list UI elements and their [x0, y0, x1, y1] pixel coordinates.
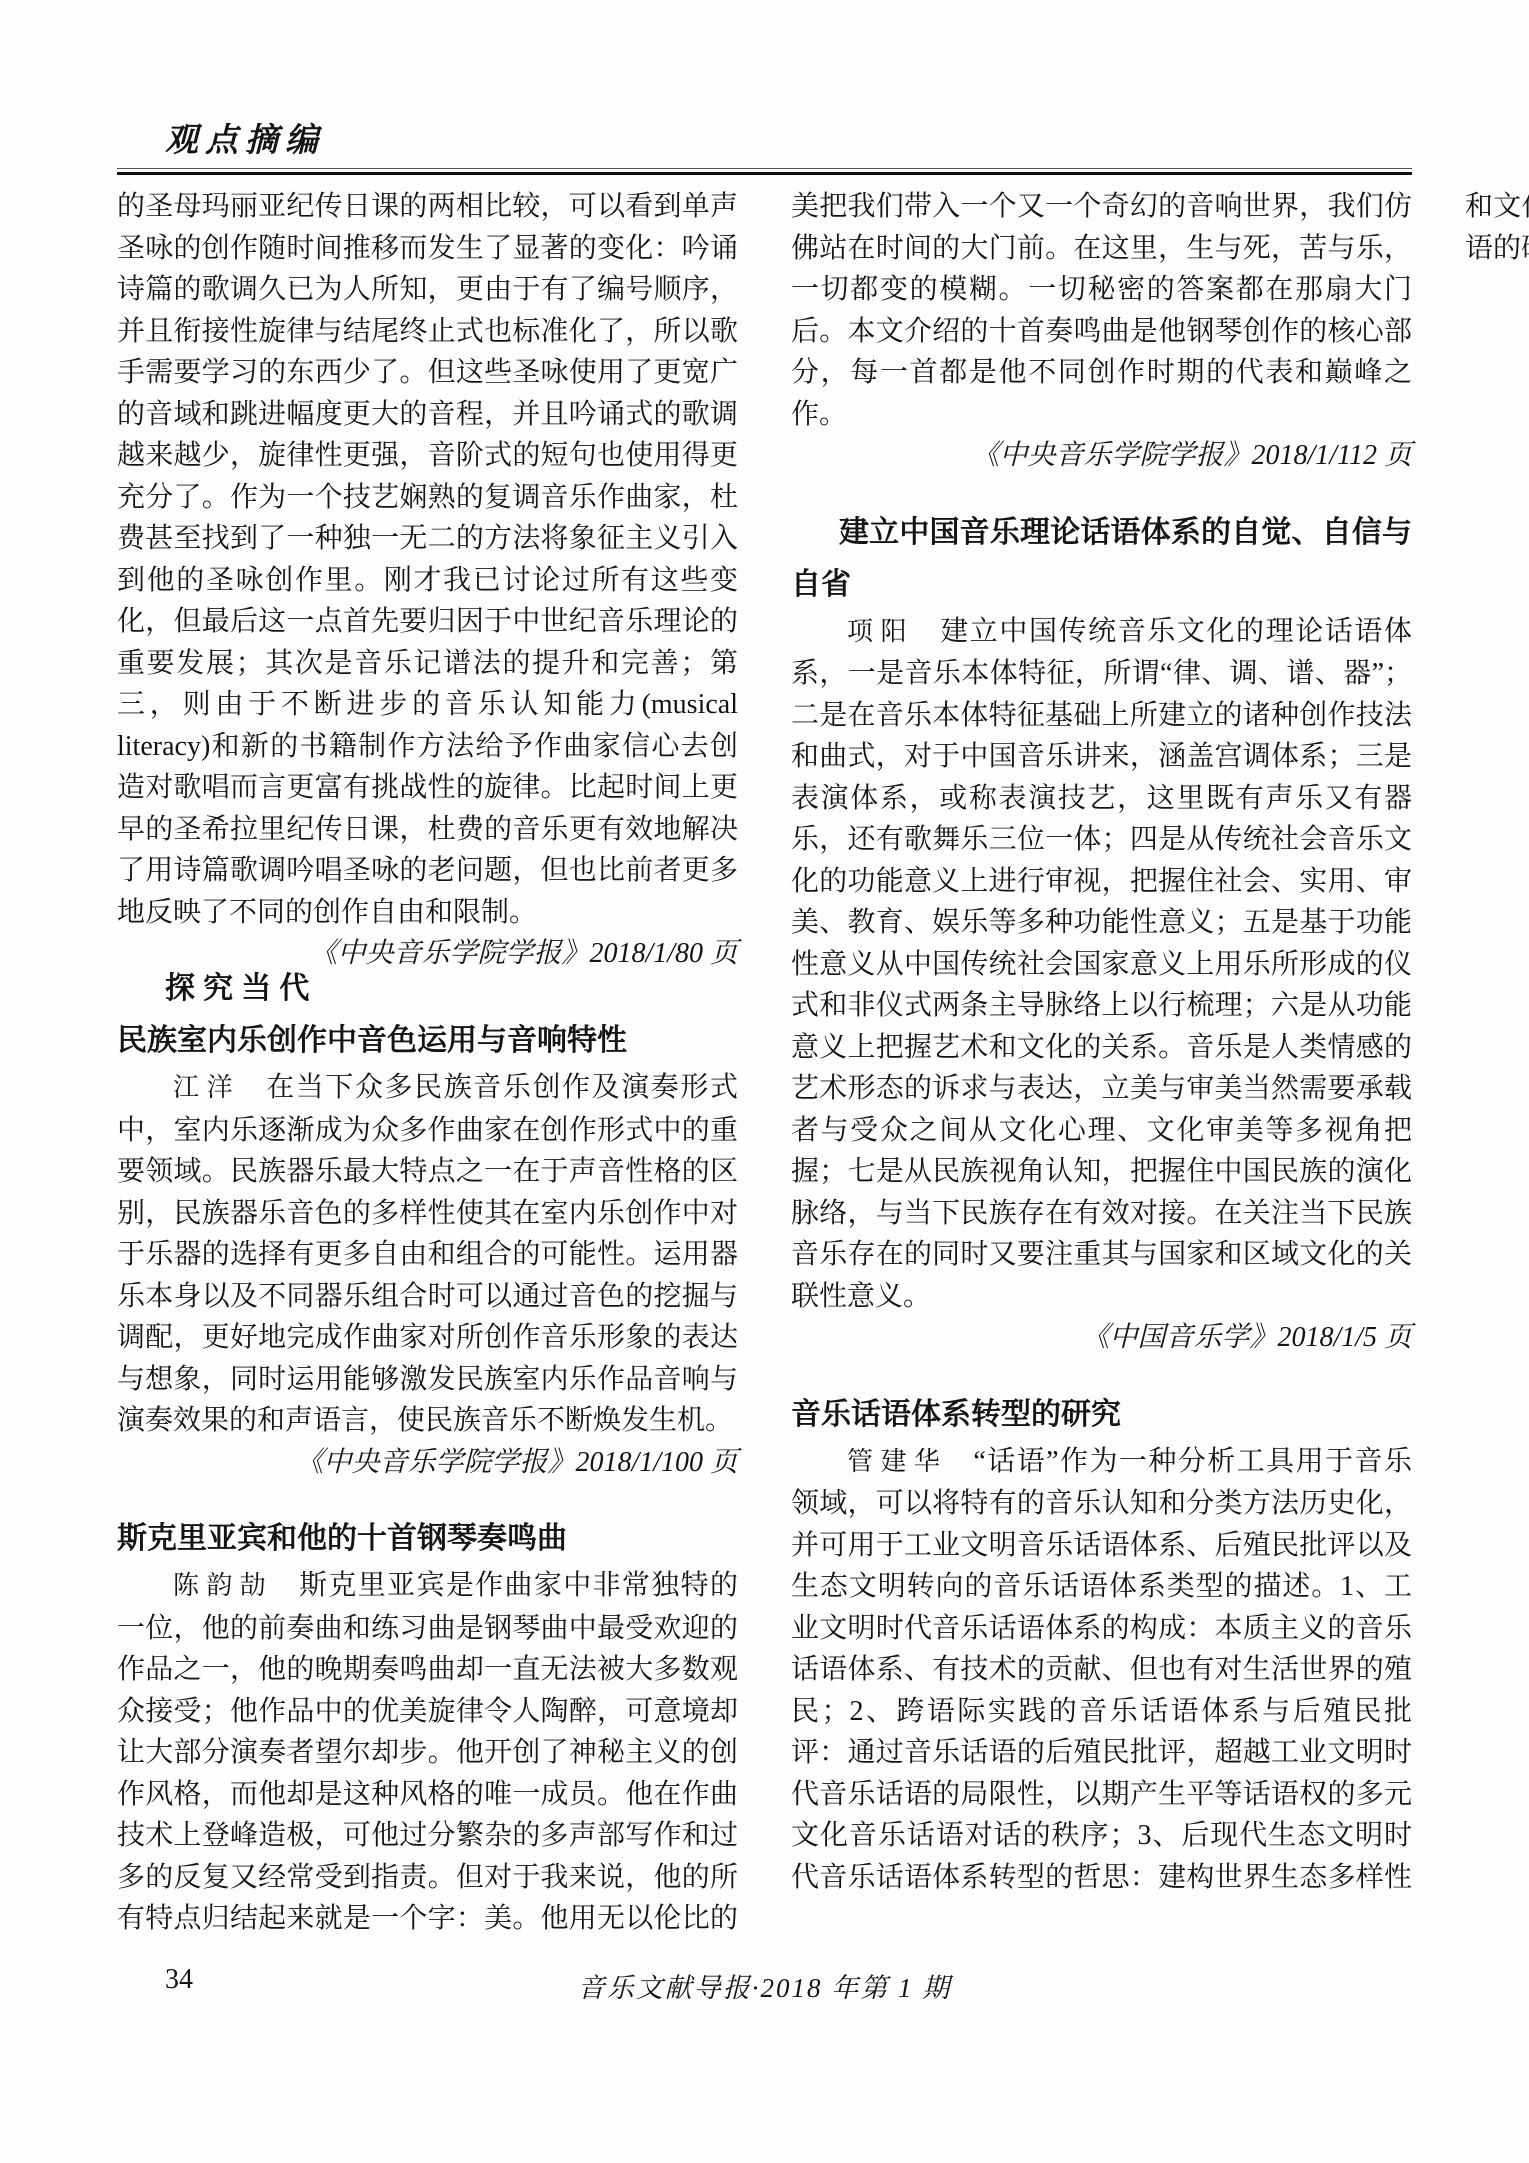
article-body: 项阳建立中国传统音乐文化的理论话语体系，一是音乐本体特征，所谓“律、调、谱、器”… — [791, 611, 1412, 1318]
article-body: 江洋在当下众多民族音乐创作及演奏形式中，室内乐逐渐成为众多作曲家在创作形式中的重… — [117, 1067, 738, 1442]
article-body: 的圣母玛丽亚纪传日课的两相比较，可以看到单声圣咏的创作随时间推移而发生了显著的变… — [117, 186, 738, 933]
page-title: 观点摘编 — [165, 118, 325, 164]
article-body-text: 在当下众多民族音乐创作及演奏形式中，室内乐逐渐成为众多作曲家在创作形式中的重要领… — [117, 1072, 738, 1436]
journal-page: 观点摘编 的圣母玛丽亚纪传日课的两相比较，可以看到单声圣咏的创作随时间推移而发生… — [0, 0, 1529, 2163]
author-name: 项阳 — [847, 617, 914, 647]
citation: 《中央音乐学院学报》2018/1/112 页 — [791, 435, 1412, 477]
article-body-text: 的圣母玛丽亚纪传日课的两相比较，可以看到单声圣咏的创作随时间推移而发生了显著的变… — [117, 191, 738, 928]
article-dufay-chant: 的圣母玛丽亚纪传日课的两相比较，可以看到单声圣咏的创作随时间推移而发生了显著的变… — [117, 186, 738, 933]
article-body-text: 建立中国传统音乐文化的理论话语体系，一是音乐本体特征，所谓“律、调、谱、器”；二… — [791, 616, 1412, 1312]
article-heading: 探究当代民族室内乐创作中音色运用与音响特性 — [117, 963, 738, 1067]
footer-journal-title: 音乐文献导报·2018 年第 1 期 — [117, 1966, 1412, 2005]
content-columns: 的圣母玛丽亚纪传日课的两相比较，可以看到单声圣咏的创作随时间推移而发生了显著的变… — [117, 186, 1412, 1948]
article-heading: 斯克里亚宾和他的十首钢琴奏鸣曲 — [117, 1513, 738, 1565]
article-chinese-music-theory-discourse: 建立中国音乐理论话语体系的自觉、自信与自省 项阳建立中国传统音乐文化的理论话语体… — [791, 507, 1412, 1359]
citation: 《中国音乐学》2018/1/5 页 — [791, 1317, 1412, 1359]
article-ethnic-chamber-music: 探究当代民族室内乐创作中音色运用与音响特性 江洋在当下众多民族音乐创作及演奏形式… — [117, 963, 738, 1483]
author-name: 陈韵劼 — [173, 1571, 273, 1601]
article-heading: 建立中国音乐理论话语体系的自觉、自信与自省 — [791, 507, 1412, 611]
citation: 《中央音乐学院学报》2018/1/80 页 — [309, 933, 738, 975]
page-footer: 34 音乐文献导报·2018 年第 1 期 — [117, 1964, 1412, 2008]
article-heading: 音乐话语体系转型的研究 — [791, 1389, 1412, 1441]
header-rule-thin — [117, 168, 1412, 169]
running-head: 观点摘编 — [117, 118, 1412, 175]
citation: 《中央音乐学院学报》2018/1/100 页 — [117, 1442, 738, 1484]
header-rule-thick — [117, 172, 1412, 175]
author-name: 江洋 — [173, 1073, 240, 1103]
author-name: 管建华 — [847, 1447, 947, 1477]
